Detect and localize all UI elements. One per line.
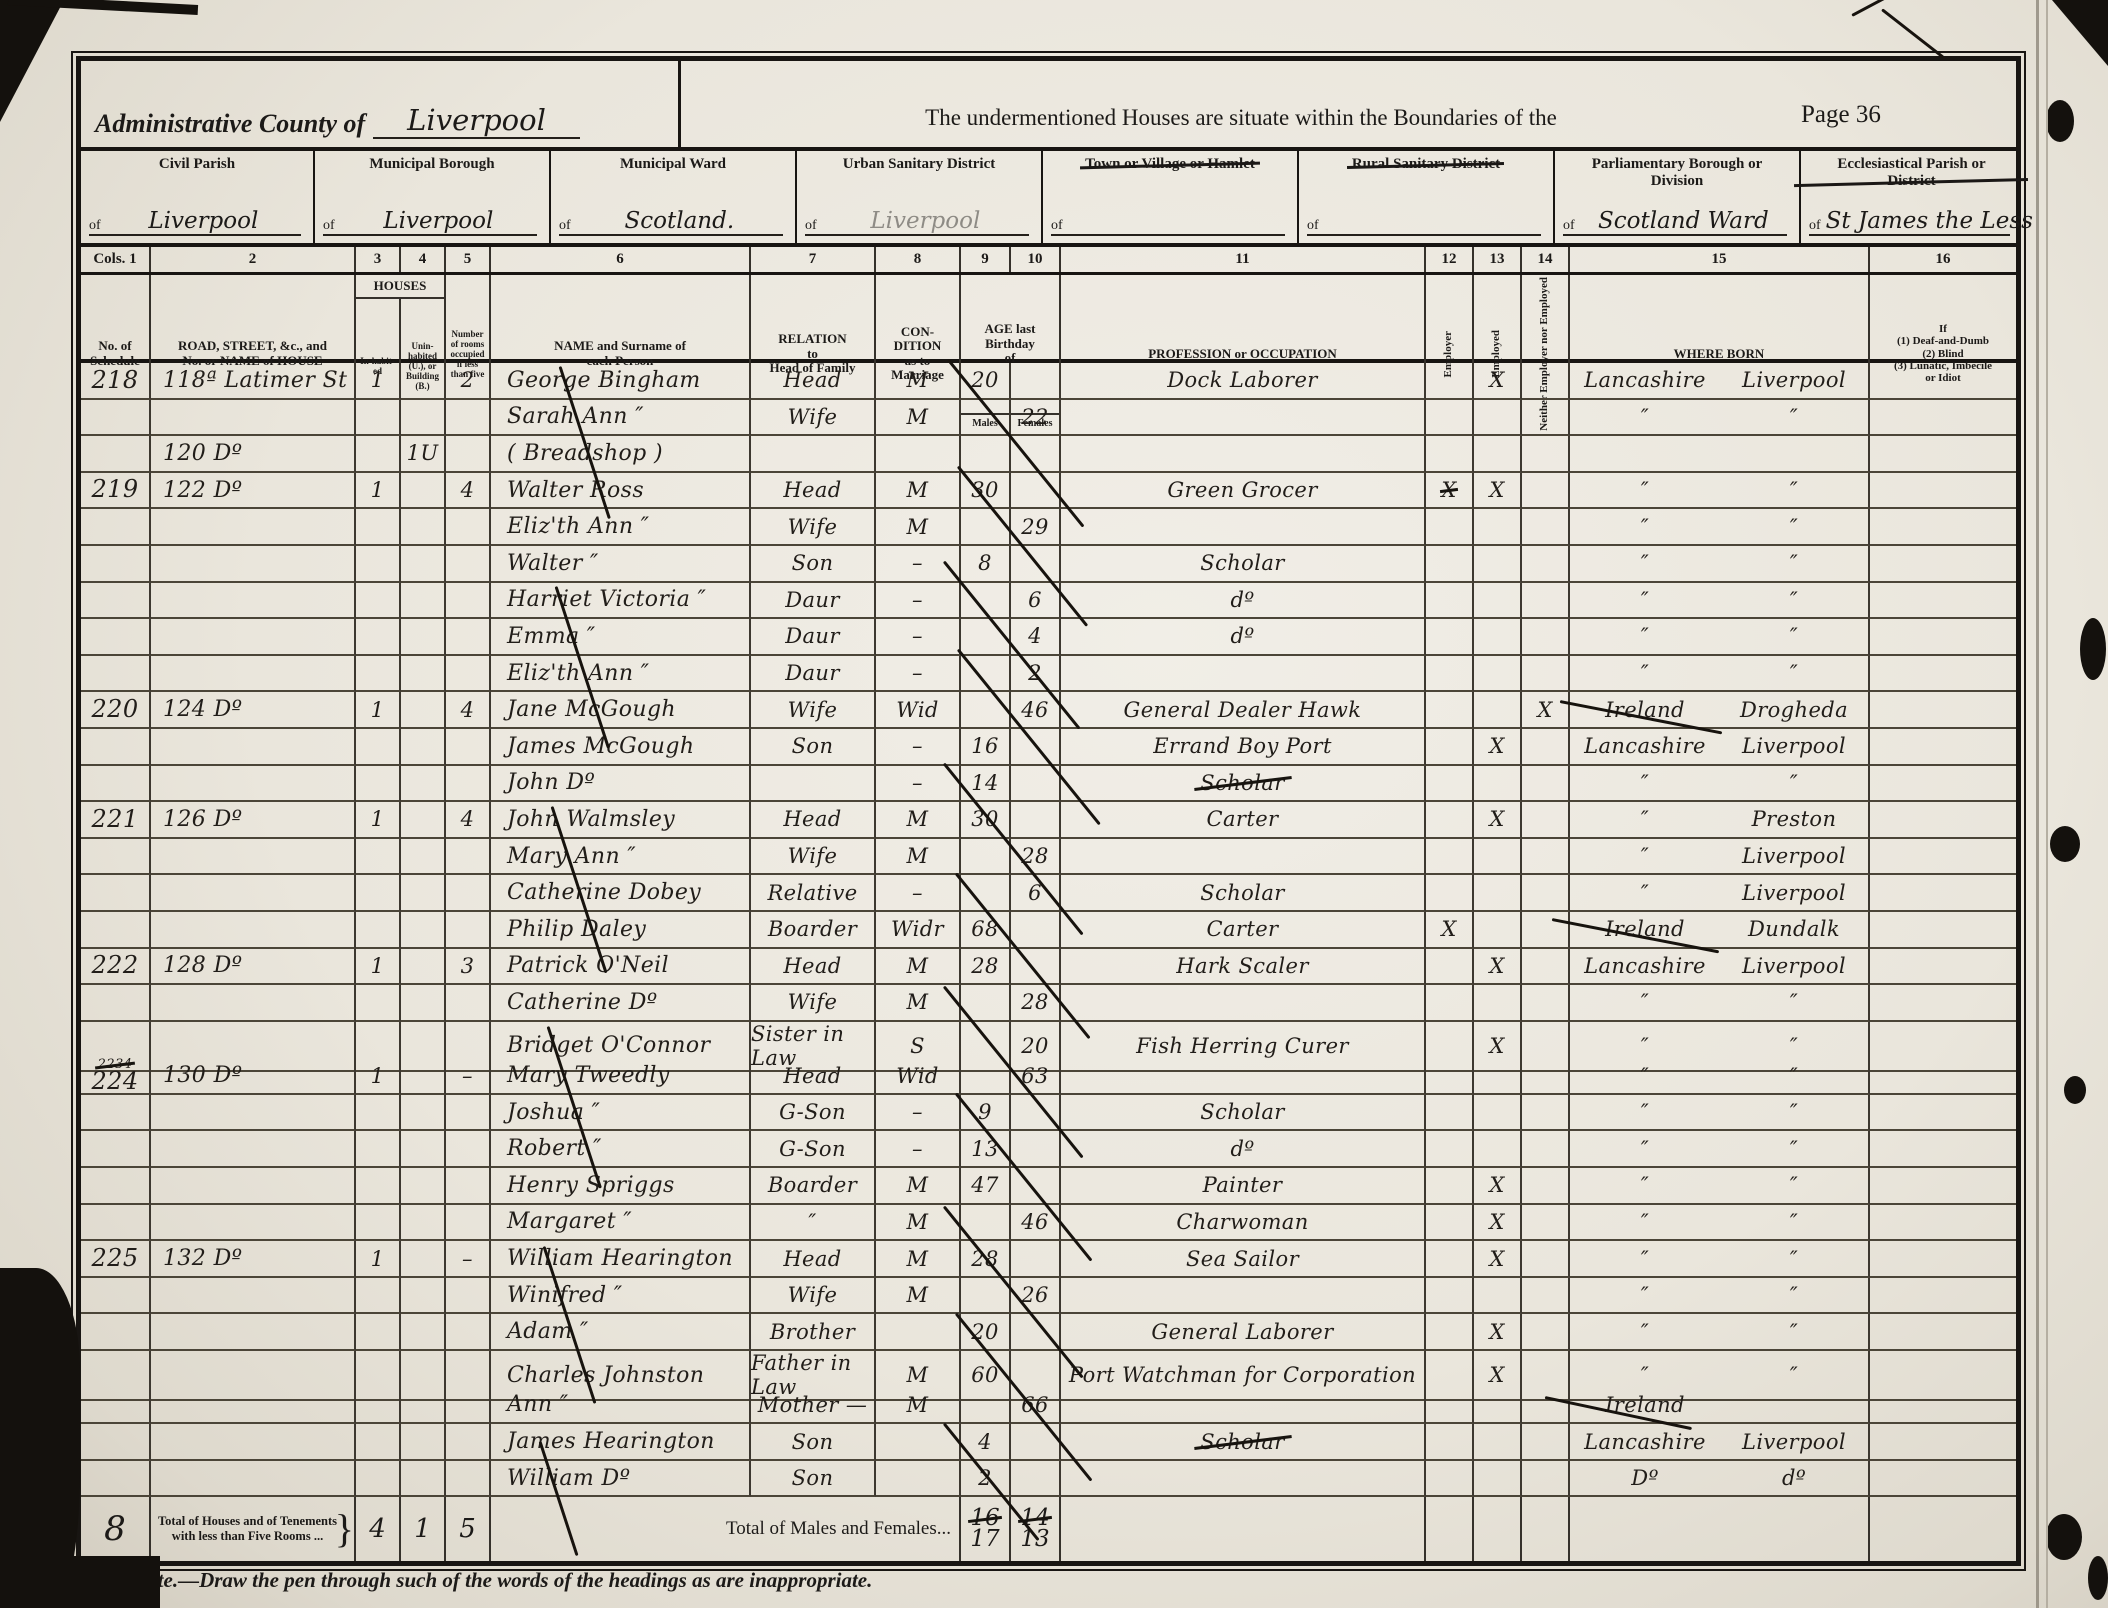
cell-inf xyxy=(1870,619,2016,656)
cell-nei xyxy=(1522,509,1570,546)
cell-empd xyxy=(1474,1058,1522,1095)
cell-emp xyxy=(1426,875,1474,912)
cell-empd xyxy=(1474,1388,1522,1425)
cell-inf xyxy=(1870,729,2016,766)
cell-b2: ″ xyxy=(1720,1131,1870,1168)
cell-emp xyxy=(1426,729,1474,766)
cell-name: Eliz'th Ann ″ xyxy=(491,656,751,693)
cell-inf xyxy=(1870,839,2016,876)
cell-b2: ″ xyxy=(1720,1241,1870,1278)
cell-addr xyxy=(151,1131,356,1168)
cell-addr xyxy=(151,656,356,693)
cell-b1: ″ xyxy=(1570,1241,1720,1278)
census-scan-page: Administrative County of Liverpool The u… xyxy=(0,0,2108,1608)
totals-inhabited: 4 xyxy=(356,1497,401,1561)
cell-inf xyxy=(1870,802,2016,839)
district-value: Liverpool xyxy=(822,208,1029,234)
cell-nei xyxy=(1522,1461,1570,1498)
cell-b2: Liverpool xyxy=(1720,729,1870,766)
person-row: Bridget O'ConnorSister in LawS20Fish Her… xyxy=(81,1022,2016,1059)
cell-rel xyxy=(751,766,876,803)
cell-empd xyxy=(1474,985,1522,1022)
cell-am xyxy=(961,1058,1011,1095)
of-label: of xyxy=(559,218,571,234)
cell-sch xyxy=(81,619,151,656)
cell-name: Harriet Victoria ″ xyxy=(491,583,751,620)
paper-fold-line xyxy=(2036,0,2039,1608)
cell-uninh xyxy=(401,912,446,949)
cell-occ: dº xyxy=(1061,619,1426,656)
cell-emp xyxy=(1426,1314,1474,1351)
cell-empd: X xyxy=(1474,1205,1522,1242)
cell-uninh xyxy=(401,729,446,766)
cell-occ: General Laborer xyxy=(1061,1314,1426,1351)
cell-uninh xyxy=(401,546,446,583)
cell-sch xyxy=(81,1461,151,1498)
person-row: 2234224130 Dº1–Mary TweedlyHeadWid63″″ xyxy=(81,1058,2016,1095)
cell-b2: Liverpool xyxy=(1720,839,1870,876)
cell-inf xyxy=(1870,1058,2016,1095)
cell-sch: 225 xyxy=(81,1241,151,1278)
cell-b2: ″ xyxy=(1720,656,1870,693)
district-box: Municipal WardofScotland. xyxy=(551,151,797,243)
cell-rooms xyxy=(446,1095,491,1132)
cell-rel: Daur xyxy=(751,583,876,620)
cell-occ xyxy=(1061,985,1426,1022)
scan-artifact xyxy=(0,1556,160,1608)
cell-uninh xyxy=(401,692,446,729)
person-row: 120 Dº1U( Breadshop ) xyxy=(81,436,2016,473)
cell-occ xyxy=(1061,1278,1426,1315)
cell-rooms xyxy=(446,985,491,1022)
cell-emp: X xyxy=(1426,912,1474,949)
cell-inf xyxy=(1870,1205,2016,1242)
cell-uninh xyxy=(401,802,446,839)
cell-occ xyxy=(1061,400,1426,437)
cell-uninh xyxy=(401,1424,446,1461)
district-title: Municipal Borough xyxy=(315,156,549,173)
cell-rooms: 2 xyxy=(446,363,491,400)
cell-b2: Drogheda xyxy=(1720,692,1870,729)
cell-occ: Scholar xyxy=(1061,766,1426,803)
cell-name: Emma ″ xyxy=(491,619,751,656)
cell-nei xyxy=(1522,1168,1570,1205)
cell-empd xyxy=(1474,912,1522,949)
cell-b2: ″ xyxy=(1720,1095,1870,1132)
cell-rooms xyxy=(446,1388,491,1425)
cell-sch xyxy=(81,912,151,949)
cell-b2: Dundalk xyxy=(1720,912,1870,949)
cell-inh xyxy=(356,1168,401,1205)
cell-uninh xyxy=(401,1095,446,1132)
cell-uninh xyxy=(401,1461,446,1498)
cell-b2: ″ xyxy=(1720,400,1870,437)
cell-af xyxy=(1011,912,1061,949)
cell-rooms xyxy=(446,400,491,437)
cell-inh xyxy=(356,436,401,473)
cell-name: Jane McGough xyxy=(491,692,751,729)
cell-inf xyxy=(1870,436,2016,473)
column-number: 7 xyxy=(751,247,876,272)
cell-inh xyxy=(356,1095,401,1132)
cell-empd xyxy=(1474,875,1522,912)
cell-occ: Painter xyxy=(1061,1168,1426,1205)
cell-inh xyxy=(356,839,401,876)
totals-males: 16 17 xyxy=(961,1497,1011,1561)
cell-addr xyxy=(151,912,356,949)
cell-cond: Widr xyxy=(876,912,961,949)
cell-sch xyxy=(81,839,151,876)
cell-cond: Wid xyxy=(876,1058,961,1095)
cell-cond: M xyxy=(876,473,961,510)
cell-name: Walter ″ xyxy=(491,546,751,583)
cell-inh xyxy=(356,1131,401,1168)
cell-nei xyxy=(1522,1278,1570,1315)
cell-rel: Son xyxy=(751,546,876,583)
person-row: Charles JohnstonFather in LawM60Port Wat… xyxy=(81,1351,2016,1388)
person-row: Eliz'th Ann ″Daur–2″″ xyxy=(81,656,2016,693)
cell-am xyxy=(961,1388,1011,1425)
district-value: St James the Less xyxy=(1826,208,2033,234)
cell-cond: M xyxy=(876,363,961,400)
cell-name: Catherine Dº xyxy=(491,985,751,1022)
cell-sch xyxy=(81,436,151,473)
cell-sch xyxy=(81,1168,151,1205)
cell-cond: M xyxy=(876,1241,961,1278)
cell-rooms xyxy=(446,656,491,693)
cell-inf xyxy=(1870,1314,2016,1351)
cell-emp xyxy=(1426,1131,1474,1168)
cell-rooms: 3 xyxy=(446,949,491,986)
cell-addr xyxy=(151,729,356,766)
of-label: of xyxy=(1563,218,1575,234)
cell-name: Mary Tweedly xyxy=(491,1058,751,1095)
cell-nei xyxy=(1522,546,1570,583)
cell-b1: Lancashire xyxy=(1570,1424,1720,1461)
cell-b2: ″ xyxy=(1720,509,1870,546)
cell-am xyxy=(961,692,1011,729)
cell-occ: Sea Sailor xyxy=(1061,1241,1426,1278)
cell-rooms xyxy=(446,912,491,949)
cell-occ xyxy=(1061,1388,1426,1425)
cell-uninh xyxy=(401,1168,446,1205)
cell-b1: ″ xyxy=(1570,1278,1720,1315)
cell-occ: Scholar xyxy=(1061,546,1426,583)
cell-inh xyxy=(356,1388,401,1425)
cell-rel: Boarder xyxy=(751,1168,876,1205)
cell-sch xyxy=(81,1278,151,1315)
cell-rooms xyxy=(446,1424,491,1461)
cell-rooms: – xyxy=(446,1241,491,1278)
cell-occ xyxy=(1061,1461,1426,1498)
cell-sch: 2234224 xyxy=(81,1058,151,1095)
cell-b2: ″ xyxy=(1720,985,1870,1022)
cell-rel: Wife xyxy=(751,1278,876,1315)
cell-empd xyxy=(1474,400,1522,437)
cell-rooms: 4 xyxy=(446,802,491,839)
district-box: Parliamentary Borough orDivisionofScotla… xyxy=(1555,151,1801,243)
totals-row: 8 Total of Houses and of Tenements with … xyxy=(81,1497,2016,1561)
person-row: Eliz'th Ann ″WifeM29″″ xyxy=(81,509,2016,546)
cell-emp xyxy=(1426,583,1474,620)
cell-inh: 1 xyxy=(356,363,401,400)
cell-nei xyxy=(1522,583,1570,620)
cell-inh xyxy=(356,1314,401,1351)
cell-inf xyxy=(1870,1095,2016,1132)
cell-addr xyxy=(151,766,356,803)
cell-inh: 1 xyxy=(356,1241,401,1278)
totals-schedule-count: 8 xyxy=(81,1497,151,1561)
of-label: of xyxy=(1051,218,1063,234)
cell-inh xyxy=(356,985,401,1022)
cell-occ: General Dealer Hawk xyxy=(1061,692,1426,729)
cell-b2: Liverpool xyxy=(1720,363,1870,400)
column-number: 13 xyxy=(1474,247,1522,272)
cell-rel: G-Son xyxy=(751,1095,876,1132)
cell-rel: Head xyxy=(751,1241,876,1278)
of-label: of xyxy=(89,218,101,234)
cell-rel: Head xyxy=(751,802,876,839)
totals-rooms: 5 xyxy=(446,1497,491,1561)
admin-county-box: Administrative County of Liverpool xyxy=(81,61,681,147)
cell-cond xyxy=(876,1314,961,1351)
cell-emp xyxy=(1426,766,1474,803)
cell-sch xyxy=(81,985,151,1022)
cell-addr xyxy=(151,839,356,876)
cell-addr: 128 Dº xyxy=(151,949,356,986)
cell-b1: Lancashire xyxy=(1570,949,1720,986)
cell-b1: ″ xyxy=(1570,802,1720,839)
cell-rooms xyxy=(446,1278,491,1315)
cell-sch xyxy=(81,509,151,546)
cell-occ xyxy=(1061,1058,1426,1095)
cell-nei xyxy=(1522,1095,1570,1132)
cell-uninh xyxy=(401,1241,446,1278)
cell-b2: ″ xyxy=(1720,1168,1870,1205)
cell-am: 9 xyxy=(961,1095,1011,1132)
cell-b1: ″ xyxy=(1570,985,1720,1022)
cell-addr: 126 Dº xyxy=(151,802,356,839)
cell-cond: M xyxy=(876,1278,961,1315)
census-table-rows: 218118ª Latimer St12George BinghamHeadM2… xyxy=(81,363,2016,1497)
cell-name: James Hearington xyxy=(491,1424,751,1461)
cell-nei xyxy=(1522,875,1570,912)
column-headers-row: No. of Schedule ROAD, STREET, &c., and N… xyxy=(81,275,2016,363)
cell-b1: ″ xyxy=(1570,1168,1720,1205)
cell-af xyxy=(1011,802,1061,839)
cell-nei xyxy=(1522,949,1570,986)
cell-b1: ″ xyxy=(1570,400,1720,437)
cell-rel: Wife xyxy=(751,400,876,437)
cell-sch xyxy=(81,875,151,912)
cell-cond: – xyxy=(876,729,961,766)
cell-occ: Errand Boy Port xyxy=(1061,729,1426,766)
cell-name: Sarah Ann ″ xyxy=(491,400,751,437)
brace-glyph: } xyxy=(335,1505,354,1553)
cell-b2: ″ xyxy=(1720,473,1870,510)
cell-nei xyxy=(1522,400,1570,437)
column-number: 4 xyxy=(401,247,446,272)
cell-addr: 118ª Latimer St xyxy=(151,363,356,400)
cell-empd xyxy=(1474,619,1522,656)
cell-nei xyxy=(1522,473,1570,510)
cell-nei xyxy=(1522,436,1570,473)
cell-sch xyxy=(81,1314,151,1351)
person-row: 221126 Dº14John WalmsleyHeadM30CarterX″P… xyxy=(81,802,2016,839)
cell-cond: M xyxy=(876,802,961,839)
column-number: 14 xyxy=(1522,247,1570,272)
cell-cond xyxy=(876,436,961,473)
of-label: of xyxy=(1307,218,1319,234)
person-row: Philip DaleyBoarderWidr68CarterXIrelandD… xyxy=(81,912,2016,949)
person-row: 218118ª Latimer St12George BinghamHeadM2… xyxy=(81,363,2016,400)
cell-rooms xyxy=(446,1461,491,1498)
cell-occ xyxy=(1061,436,1426,473)
cell-inh: 1 xyxy=(356,692,401,729)
column-number: Cols. 1 xyxy=(81,247,151,272)
cell-inh: 1 xyxy=(356,1058,401,1095)
cell-rooms: 4 xyxy=(446,473,491,510)
cell-empd xyxy=(1474,436,1522,473)
cell-inf xyxy=(1870,583,2016,620)
cell-occ: Scholar xyxy=(1061,1424,1426,1461)
person-row: Sarah Ann ″WifeM22″″ xyxy=(81,400,2016,437)
cell-emp xyxy=(1426,692,1474,729)
cell-sch xyxy=(81,583,151,620)
cell-b2: ″ xyxy=(1720,1058,1870,1095)
cell-rooms xyxy=(446,1205,491,1242)
cell-emp xyxy=(1426,802,1474,839)
district-box: Ecclesiastical Parish orDistrictofSt Jam… xyxy=(1801,151,2022,243)
scan-artifact xyxy=(2064,1076,2086,1104)
cell-b1: Ireland xyxy=(1570,692,1720,729)
cell-nei xyxy=(1522,1241,1570,1278)
cell-rel: Boarder xyxy=(751,912,876,949)
cell-cond: – xyxy=(876,619,961,656)
person-row: Robert ″G-Son–13dº″″ xyxy=(81,1131,2016,1168)
cell-b2: ″ xyxy=(1720,619,1870,656)
cell-emp xyxy=(1426,509,1474,546)
cell-uninh xyxy=(401,1205,446,1242)
cell-emp xyxy=(1426,1388,1474,1425)
cell-rel: Head xyxy=(751,473,876,510)
cell-nei xyxy=(1522,1205,1570,1242)
cell-addr xyxy=(151,1095,356,1132)
cell-inf xyxy=(1870,1168,2016,1205)
cell-uninh xyxy=(401,1058,446,1095)
cell-b1: Dº xyxy=(1570,1461,1720,1498)
cell-inf xyxy=(1870,766,2016,803)
page-heading: The undermentioned Houses are situate wi… xyxy=(681,105,1801,147)
cell-b2: ″ xyxy=(1720,1278,1870,1315)
cell-inh xyxy=(356,766,401,803)
cell-addr xyxy=(151,1424,356,1461)
cell-rel: Daur xyxy=(751,619,876,656)
district-title: Urban Sanitary District xyxy=(797,156,1041,173)
cell-nei xyxy=(1522,985,1570,1022)
cell-rel: Head xyxy=(751,949,876,986)
cell-uninh xyxy=(401,473,446,510)
cell-sch: 222 xyxy=(81,949,151,986)
cell-empd xyxy=(1474,766,1522,803)
person-row: Harriet Victoria ″Daur–6dº″″ xyxy=(81,583,2016,620)
cell-b2: Preston xyxy=(1720,802,1870,839)
cell-am: 20 xyxy=(961,1314,1011,1351)
cell-inh xyxy=(356,400,401,437)
cell-uninh xyxy=(401,1131,446,1168)
cell-emp xyxy=(1426,839,1474,876)
cell-emp xyxy=(1426,1424,1474,1461)
cell-empd: X xyxy=(1474,729,1522,766)
cell-occ: dº xyxy=(1061,583,1426,620)
cell-rel: Son xyxy=(751,1461,876,1498)
cell-b2: ″ xyxy=(1720,546,1870,583)
cell-nei xyxy=(1522,363,1570,400)
cell-b2: Liverpool xyxy=(1720,875,1870,912)
cell-emp: X xyxy=(1426,473,1474,510)
column-number: 10 xyxy=(1011,247,1061,272)
cell-rooms xyxy=(446,839,491,876)
cell-rooms xyxy=(446,766,491,803)
cell-emp xyxy=(1426,619,1474,656)
cell-cond: M xyxy=(876,949,961,986)
cell-addr: 122 Dº xyxy=(151,473,356,510)
admin-header-row: Administrative County of Liverpool The u… xyxy=(81,61,2016,151)
cell-b1: ″ xyxy=(1570,583,1720,620)
cell-occ: Carter xyxy=(1061,912,1426,949)
cell-addr xyxy=(151,1278,356,1315)
cell-sch xyxy=(81,1388,151,1425)
cell-nei: X xyxy=(1522,692,1570,729)
cell-cond: M xyxy=(876,1388,961,1425)
cell-uninh xyxy=(401,875,446,912)
cell-am: 20 xyxy=(961,363,1011,400)
cell-cond: – xyxy=(876,1095,961,1132)
cell-empd xyxy=(1474,656,1522,693)
cell-sch xyxy=(81,729,151,766)
cell-uninh xyxy=(401,766,446,803)
cell-uninh xyxy=(401,1388,446,1425)
cell-am xyxy=(961,436,1011,473)
cell-sch xyxy=(81,656,151,693)
cell-empd xyxy=(1474,1461,1522,1498)
cell-rooms xyxy=(446,619,491,656)
column-number: 15 xyxy=(1570,247,1870,272)
cell-uninh xyxy=(401,949,446,986)
cell-sch: 218 xyxy=(81,363,151,400)
cell-name: Eliz'th Ann ″ xyxy=(491,509,751,546)
cell-b1: ″ xyxy=(1570,839,1720,876)
district-title: Town or Village or Hamlet xyxy=(1043,156,1297,173)
cell-sch xyxy=(81,1131,151,1168)
cell-inh: 1 xyxy=(356,473,401,510)
cell-inh: 1 xyxy=(356,802,401,839)
cell-name: Henry Spriggs xyxy=(491,1168,751,1205)
cell-empd xyxy=(1474,1278,1522,1315)
cell-nei xyxy=(1522,656,1570,693)
cell-emp xyxy=(1426,1461,1474,1498)
cell-empd xyxy=(1474,546,1522,583)
cell-inh xyxy=(356,1205,401,1242)
cell-addr: 132 Dº xyxy=(151,1241,356,1278)
cell-emp xyxy=(1426,546,1474,583)
cell-uninh xyxy=(401,509,446,546)
cell-name: John Dº xyxy=(491,766,751,803)
cell-inh xyxy=(356,729,401,766)
cell-emp xyxy=(1426,985,1474,1022)
cell-rel: Wife xyxy=(751,692,876,729)
cell-empd: X xyxy=(1474,363,1522,400)
